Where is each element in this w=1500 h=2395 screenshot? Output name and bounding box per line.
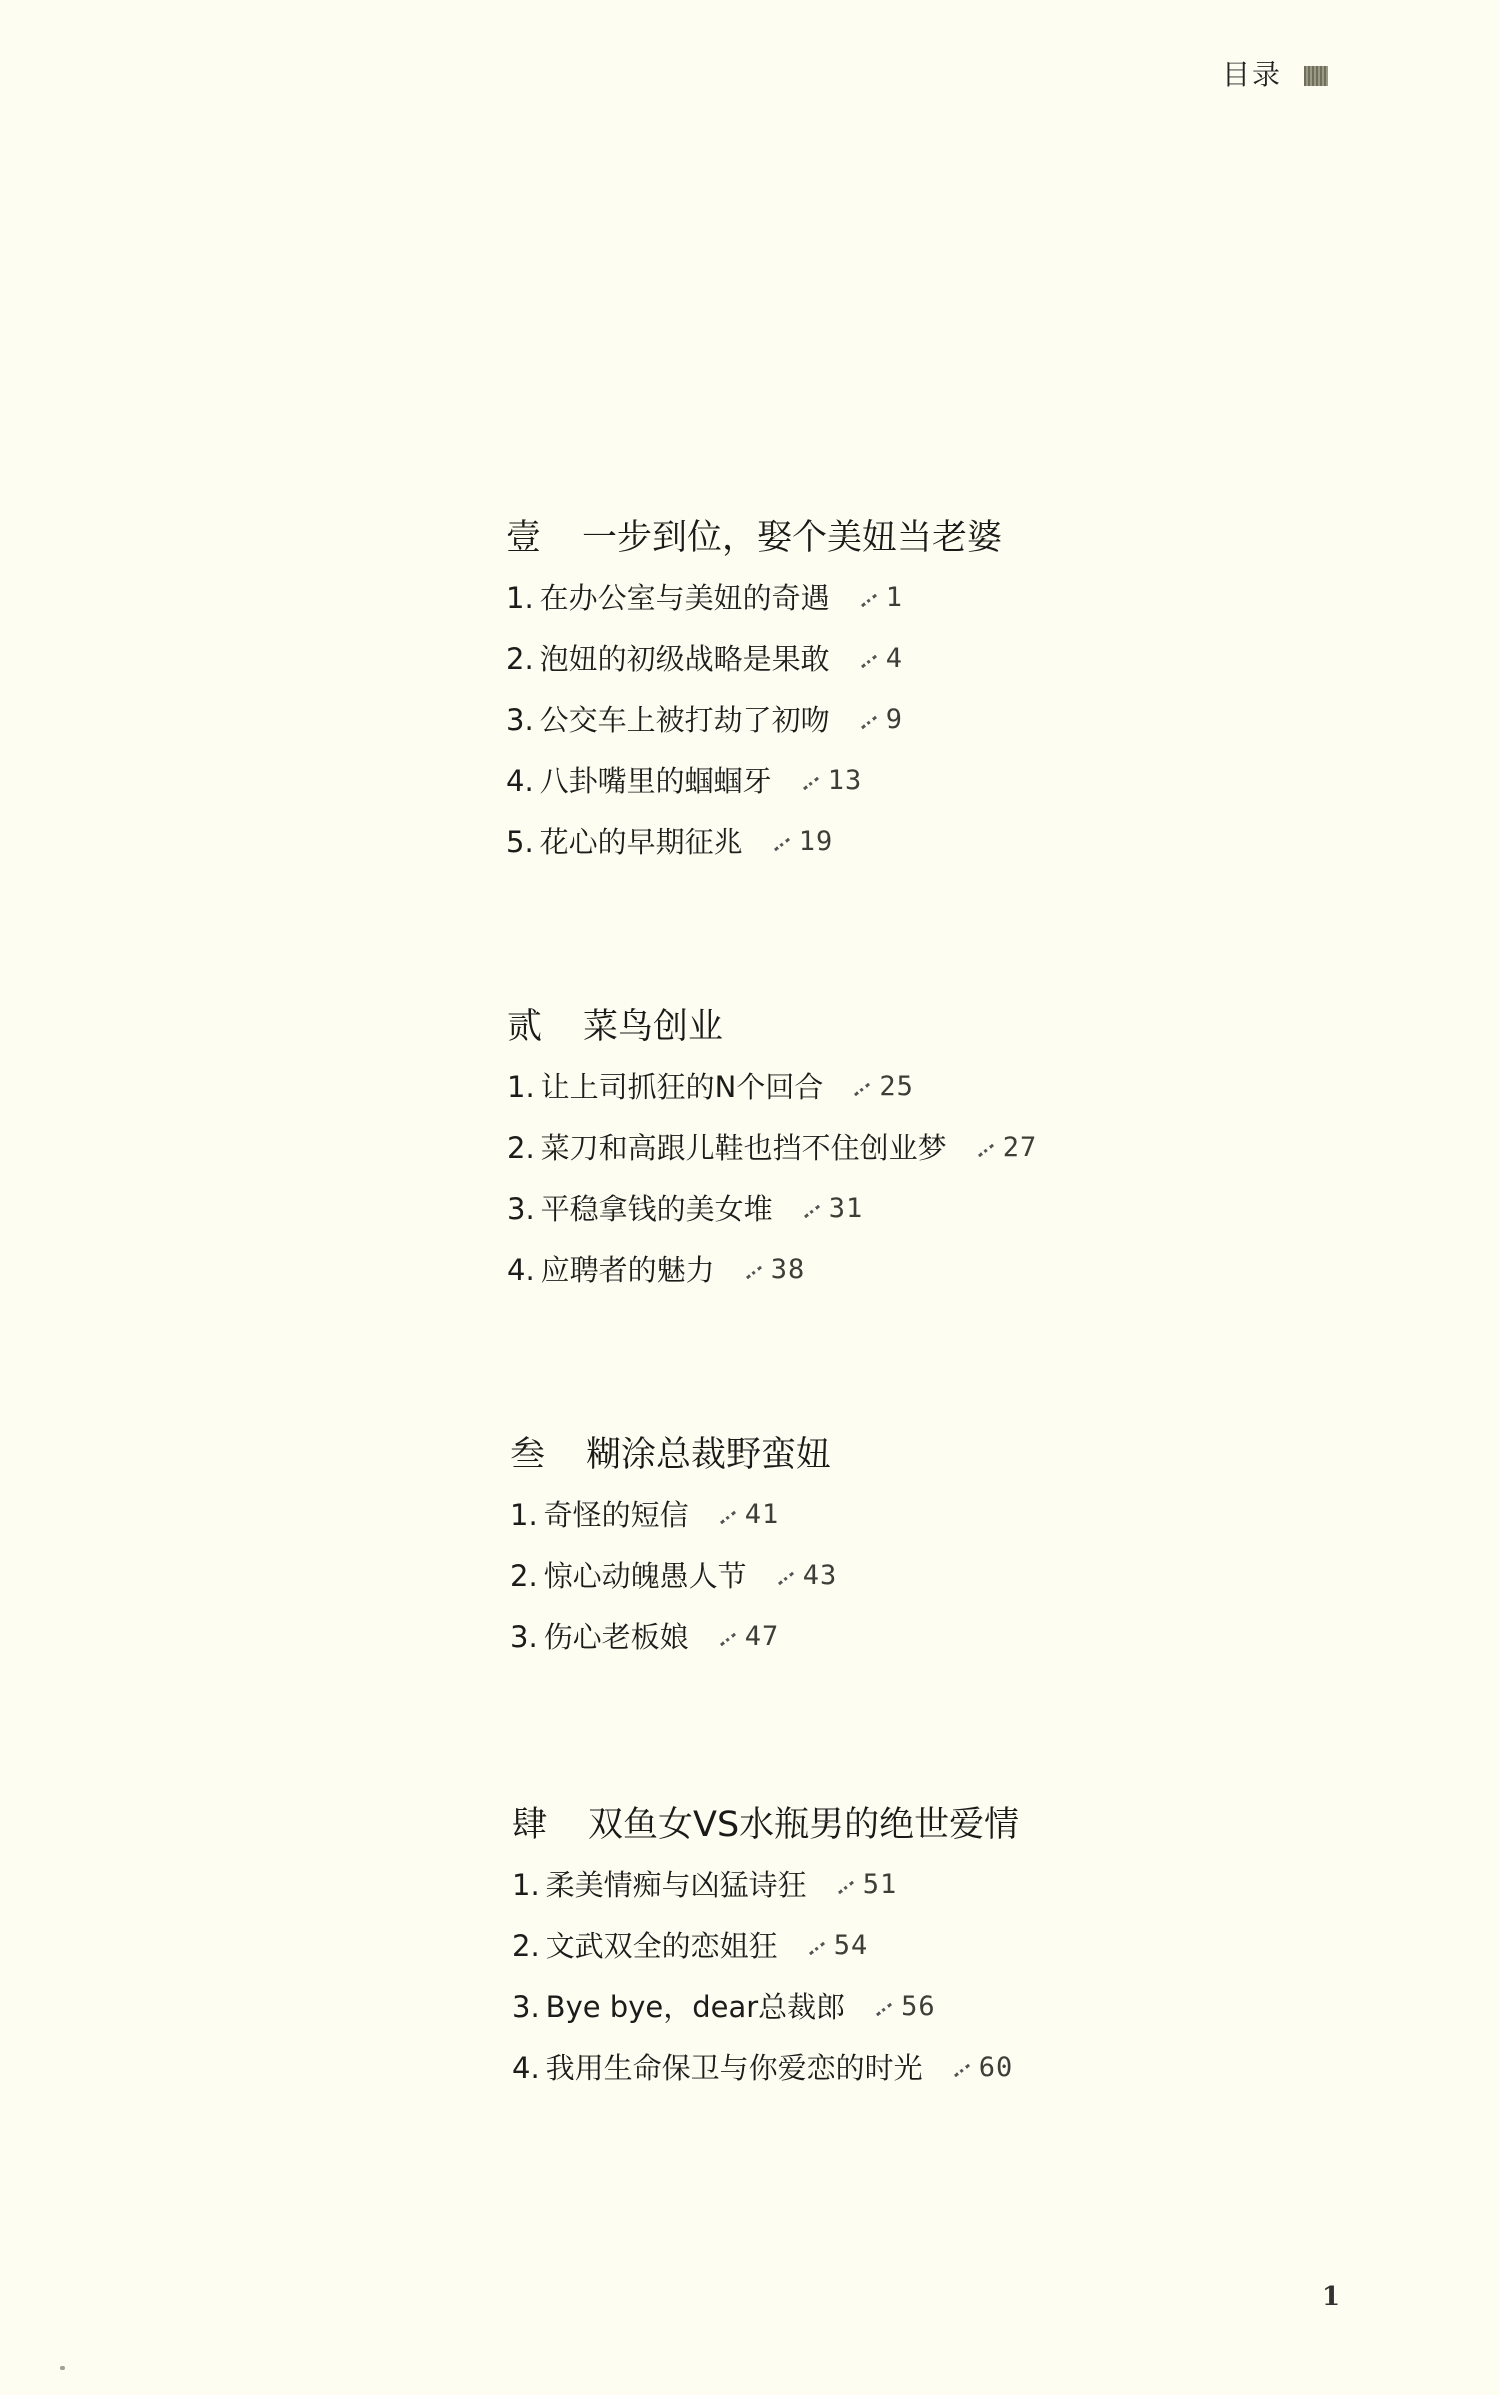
page-reference: 56 — [875, 1987, 936, 2027]
entry-index: 4. — [506, 761, 534, 801]
section-items: 1. 奇怪的短信 41 2. 惊心动魄愚人节 43 3. 伤心老板娘 47 — [510, 1495, 1410, 1678]
entry-page: 25 — [879, 1067, 914, 1107]
entry-index: 4. — [507, 1250, 535, 1290]
toc-entry[interactable]: 1. 柔美情痴与凶猛诗狂 51 — [512, 1865, 1412, 1926]
page-reference: 51 — [837, 1865, 898, 1905]
toc-entry[interactable]: 3. Bye bye，dear总裁郎 56 — [512, 1987, 1412, 2048]
entry-index: 1. — [507, 1067, 535, 1107]
page-reference: 4 — [860, 639, 903, 679]
entry-page: 54 — [834, 1926, 869, 1966]
entry-title: 花心的早期征兆 — [540, 822, 743, 862]
dotted-slash-icon — [876, 2002, 892, 2015]
section-heading: 肆双鱼女VS水瓶男的绝世爱情 — [512, 1803, 1412, 1847]
toc-entry[interactable]: 4. 我用生命保卫与你爱恋的时光 60 — [512, 2048, 1412, 2109]
entry-page: 47 — [745, 1617, 780, 1657]
page-number: 1 — [1322, 2282, 1340, 2312]
entry-page: 56 — [901, 1987, 936, 2027]
section-number: 肆 — [512, 1803, 588, 1847]
entry-index: 2. — [507, 1128, 535, 1168]
dotted-slash-icon — [809, 1941, 825, 1954]
dotted-slash-icon — [861, 593, 877, 606]
entry-page: 4 — [886, 639, 903, 679]
toc-entry[interactable]: 3. 伤心老板娘 47 — [510, 1617, 1410, 1678]
page-reference: 19 — [773, 822, 834, 862]
dotted-slash-icon — [804, 1204, 820, 1217]
entry-page: 60 — [979, 2048, 1014, 2088]
entry-index: 5. — [506, 822, 534, 862]
section-items: 1. 在办公室与美妞的奇遇 1 2. 泡妞的初级战略是果敢 4 3. 公交车上被… — [506, 578, 1406, 883]
entry-title: 奇怪的短信 — [544, 1495, 689, 1535]
entry-page: 31 — [829, 1189, 864, 1229]
entry-page: 9 — [886, 700, 903, 740]
entry-index: 3. — [512, 1987, 540, 2027]
toc-title: 目录 — [1222, 56, 1282, 94]
running-header: 目录 — [1222, 56, 1328, 94]
dotted-slash-icon — [861, 654, 877, 667]
entry-page: 38 — [771, 1250, 806, 1290]
toc-entry[interactable]: 1. 在办公室与美妞的奇遇 1 — [506, 578, 1406, 639]
page-reference: 13 — [802, 761, 863, 801]
section-title: 双鱼女VS水瓶男的绝世爱情 — [588, 1805, 1019, 1845]
page-reference: 9 — [860, 700, 903, 740]
entry-page: 43 — [803, 1556, 838, 1596]
entry-index: 2. — [510, 1556, 538, 1596]
toc-section: 叁糊涂总裁野蛮妞 1. 奇怪的短信 41 2. 惊心动魄愚人节 43 3. 伤心… — [510, 1433, 1410, 1678]
entry-title: 惊心动魄愚人节 — [544, 1556, 747, 1596]
page-reference: 60 — [953, 2048, 1014, 2088]
dotted-slash-icon — [774, 837, 790, 850]
entry-title: 我用生命保卫与你爱恋的时光 — [546, 2048, 923, 2088]
section-heading: 壹一步到位，娶个美妞当老婆 — [506, 516, 1406, 560]
entry-title: 八卦嘴里的蝈蝈牙 — [540, 761, 772, 801]
roman-numeral-marker-icon — [1304, 66, 1328, 86]
dotted-slash-icon — [803, 776, 819, 789]
entry-index: 3. — [506, 700, 534, 740]
toc-entry[interactable]: 2. 文武双全的恋姐狂 54 — [512, 1926, 1412, 1987]
toc-entry[interactable]: 2. 泡妞的初级战略是果敢 4 — [506, 639, 1406, 700]
entry-page: 13 — [828, 761, 863, 801]
section-number: 贰 — [507, 1005, 583, 1049]
entry-page: 27 — [1003, 1128, 1038, 1168]
dotted-slash-icon — [854, 1082, 870, 1095]
entry-page: 41 — [745, 1495, 780, 1535]
page-reference: 38 — [745, 1250, 806, 1290]
entry-page: 51 — [863, 1865, 898, 1905]
toc-entry[interactable]: 1. 让上司抓狂的N个回合 25 — [507, 1067, 1407, 1128]
page-reference: 27 — [977, 1128, 1038, 1168]
page-reference: 1 — [860, 578, 903, 618]
dotted-slash-icon — [746, 1265, 762, 1278]
page-reference: 31 — [803, 1189, 864, 1229]
entry-title: 菜刀和高跟儿鞋也挡不住创业梦 — [541, 1128, 947, 1168]
entry-title: 泡妞的初级战略是果敢 — [540, 639, 830, 679]
toc-entry[interactable]: 2. 菜刀和高跟儿鞋也挡不住创业梦 27 — [507, 1128, 1407, 1189]
section-items: 1. 柔美情痴与凶猛诗狂 51 2. 文武双全的恋姐狂 54 3. Bye by… — [512, 1865, 1412, 2109]
entry-index: 1. — [512, 1865, 540, 1905]
entry-title: 平稳拿钱的美女堆 — [541, 1189, 773, 1229]
entry-title: 应聘者的魅力 — [541, 1250, 715, 1290]
toc-entry[interactable]: 3. 公交车上被打劫了初吻 9 — [506, 700, 1406, 761]
entry-index: 1. — [506, 578, 534, 618]
entry-index: 3. — [507, 1189, 535, 1229]
section-title: 一步到位，娶个美妞当老婆 — [582, 518, 1002, 558]
toc-section: 壹一步到位，娶个美妞当老婆 1. 在办公室与美妞的奇遇 1 2. 泡妞的初级战略… — [506, 516, 1406, 883]
entry-title: 柔美情痴与凶猛诗狂 — [546, 1865, 807, 1905]
page-reference: 47 — [719, 1617, 780, 1657]
page-reference: 54 — [808, 1926, 869, 1966]
entry-index: 1. — [510, 1495, 538, 1535]
toc-entry[interactable]: 4. 应聘者的魅力 38 — [507, 1250, 1407, 1311]
section-title: 菜鸟创业 — [583, 1007, 723, 1047]
entry-index: 2. — [506, 639, 534, 679]
entry-index: 3. — [510, 1617, 538, 1657]
toc-entry[interactable]: 2. 惊心动魄愚人节 43 — [510, 1556, 1410, 1617]
page-reference: 43 — [777, 1556, 838, 1596]
dotted-slash-icon — [954, 2063, 970, 2076]
entry-title: 在办公室与美妞的奇遇 — [540, 578, 830, 618]
page-reference: 41 — [719, 1495, 780, 1535]
dotted-slash-icon — [720, 1632, 736, 1645]
toc-section: 肆双鱼女VS水瓶男的绝世爱情 1. 柔美情痴与凶猛诗狂 51 2. 文武双全的恋… — [512, 1803, 1412, 2109]
entry-title: 公交车上被打劫了初吻 — [540, 700, 830, 740]
toc-entry[interactable]: 5. 花心的早期征兆 19 — [506, 822, 1406, 883]
dotted-slash-icon — [861, 715, 877, 728]
entry-index: 2. — [512, 1926, 540, 1966]
page-reference: 25 — [853, 1067, 914, 1107]
section-heading: 叁糊涂总裁野蛮妞 — [510, 1433, 1410, 1477]
section-heading: 贰菜鸟创业 — [507, 1005, 1407, 1049]
toc-entry[interactable]: 4. 八卦嘴里的蝈蝈牙 13 — [506, 761, 1406, 822]
entry-title: 让上司抓狂的N个回合 — [541, 1067, 824, 1107]
entry-title: 文武双全的恋姐狂 — [546, 1926, 778, 1966]
toc-entry[interactable]: 3. 平稳拿钱的美女堆 31 — [507, 1189, 1407, 1250]
toc-section: 贰菜鸟创业 1. 让上司抓狂的N个回合 25 2. 菜刀和高跟儿鞋也挡不住创业梦… — [507, 1005, 1407, 1311]
scan-speck — [60, 2366, 65, 2370]
entry-page: 19 — [799, 822, 834, 862]
section-number: 叁 — [510, 1433, 586, 1477]
entry-index: 4. — [512, 2048, 540, 2088]
section-number: 壹 — [506, 516, 582, 560]
section-items: 1. 让上司抓狂的N个回合 25 2. 菜刀和高跟儿鞋也挡不住创业梦 27 3.… — [507, 1067, 1407, 1311]
dotted-slash-icon — [838, 1880, 854, 1893]
entry-page: 1 — [886, 578, 903, 618]
toc-entry[interactable]: 1. 奇怪的短信 41 — [510, 1495, 1410, 1556]
dotted-slash-icon — [720, 1510, 736, 1523]
entry-title: 伤心老板娘 — [544, 1617, 689, 1657]
entry-title: Bye bye，dear总裁郎 — [546, 1987, 845, 2027]
dotted-slash-icon — [978, 1143, 994, 1156]
dotted-slash-icon — [778, 1571, 794, 1584]
section-title: 糊涂总裁野蛮妞 — [586, 1435, 831, 1475]
